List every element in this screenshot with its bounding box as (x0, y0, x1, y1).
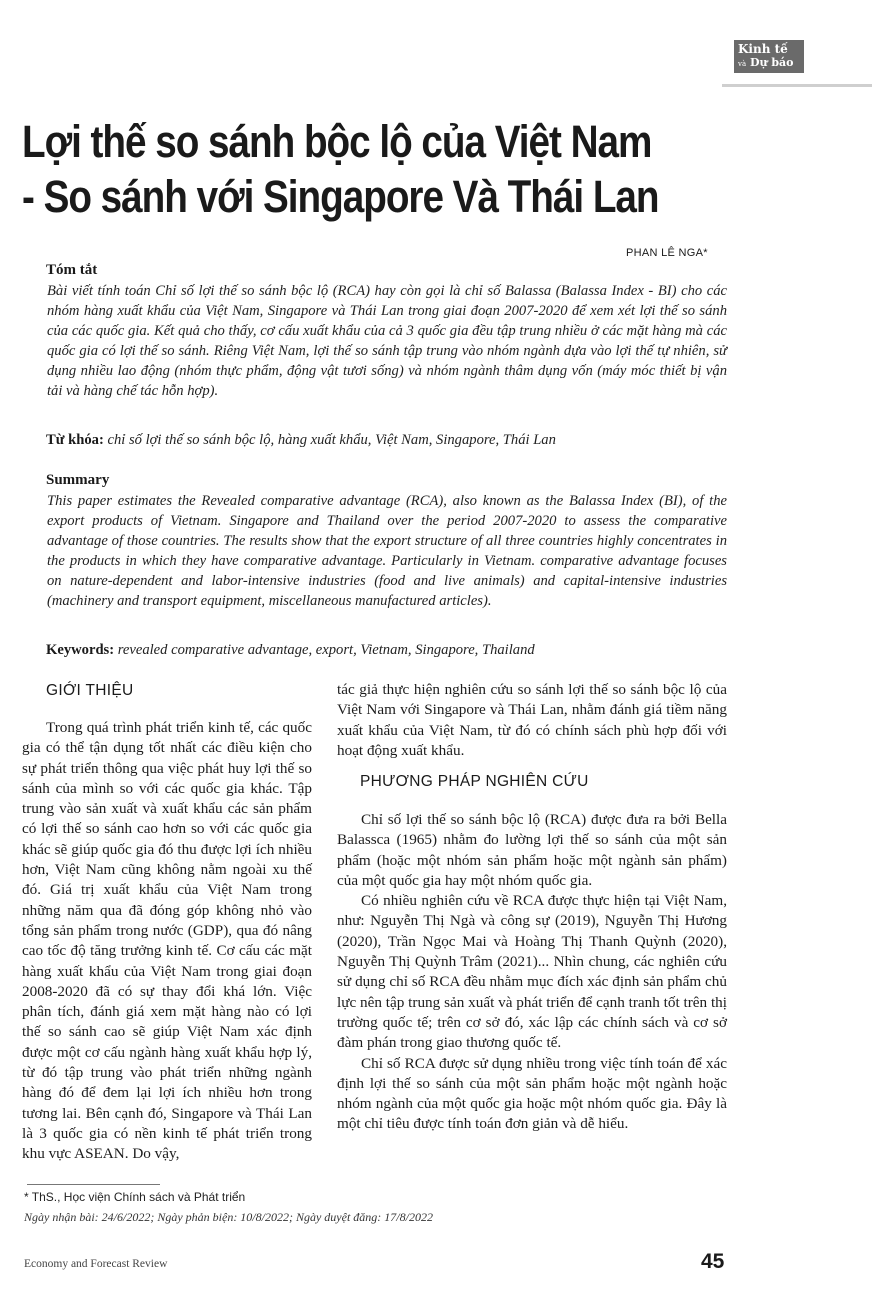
keywords-en-label: Keywords: (46, 642, 114, 658)
method-paragraph-3: Chỉ số RCA được sử dụng nhiều trong việc… (337, 1054, 727, 1135)
section-method-heading: PHƯƠNG PHÁP NGHIÊN CỨU (360, 773, 589, 791)
logo-line2: và Dự báo (738, 56, 800, 71)
right-column-top: tác giả thực hiện nghiên cứu so sánh lợi… (337, 680, 727, 761)
footnote-rule (27, 1184, 160, 1185)
right-column: Chỉ số lợi thế so sánh bộc lộ (RCA) được… (337, 810, 727, 1135)
intro-paragraph: Trong quá trình phát triển kinh tế, các … (22, 718, 312, 1165)
left-column: Trong quá trình phát triển kinh tế, các … (22, 718, 312, 1165)
section-intro-heading: GIỚI THIỆU (46, 682, 134, 700)
abstract-en-heading: Summary (46, 472, 109, 489)
keywords-vi: Từ khóa: chỉ số lợi thế so sánh bộc lộ, … (46, 432, 556, 449)
logo-line1: Kinh tế (738, 43, 800, 56)
title-line2: - So sánh với Singapore Và Thái Lan (22, 169, 641, 224)
logo-small: và (738, 60, 746, 68)
title-line1: Lợi thế so sánh bộc lộ của Việt Nam (22, 114, 641, 169)
logo-line2-text: Dự báo (750, 56, 794, 69)
header-rule (722, 84, 872, 87)
keywords-vi-label: Từ khóa: (46, 432, 104, 448)
method-paragraph-2: Có nhiều nghiên cứu về RCA được thực hiệ… (337, 891, 727, 1053)
article-title: Lợi thế so sánh bộc lộ của Việt Nam - So… (22, 114, 641, 224)
page-number: 45 (701, 1250, 724, 1274)
abstract-vi-text: Bài viết tính toán Chỉ số lợi thế so sán… (47, 281, 727, 401)
abstract-vi-heading: Tóm tắt (46, 262, 97, 279)
keywords-en: Keywords: revealed comparative advantage… (46, 642, 535, 659)
footnote-dates: Ngày nhận bài: 24/6/2022; Ngày phản biện… (24, 1210, 433, 1225)
keywords-en-list: revealed comparative advantage, export, … (118, 642, 535, 658)
journal-logo: Kinh tế và Dự báo (734, 40, 804, 73)
keywords-vi-list: chỉ số lợi thế so sánh bộc lộ, hàng xuất… (107, 432, 555, 448)
abstract-en-text: This paper estimates the Revealed compar… (47, 491, 727, 611)
footnote-affiliation: * ThS., Học viện Chính sách và Phát triể… (24, 1190, 245, 1204)
intro-continuation: tác giả thực hiện nghiên cứu so sánh lợi… (337, 680, 727, 761)
journal-name: Economy and Forecast Review (24, 1258, 167, 1270)
method-paragraph-1: Chỉ số lợi thế so sánh bộc lộ (RCA) được… (337, 810, 727, 891)
author: PHAN LÊ NGA* (626, 247, 708, 259)
